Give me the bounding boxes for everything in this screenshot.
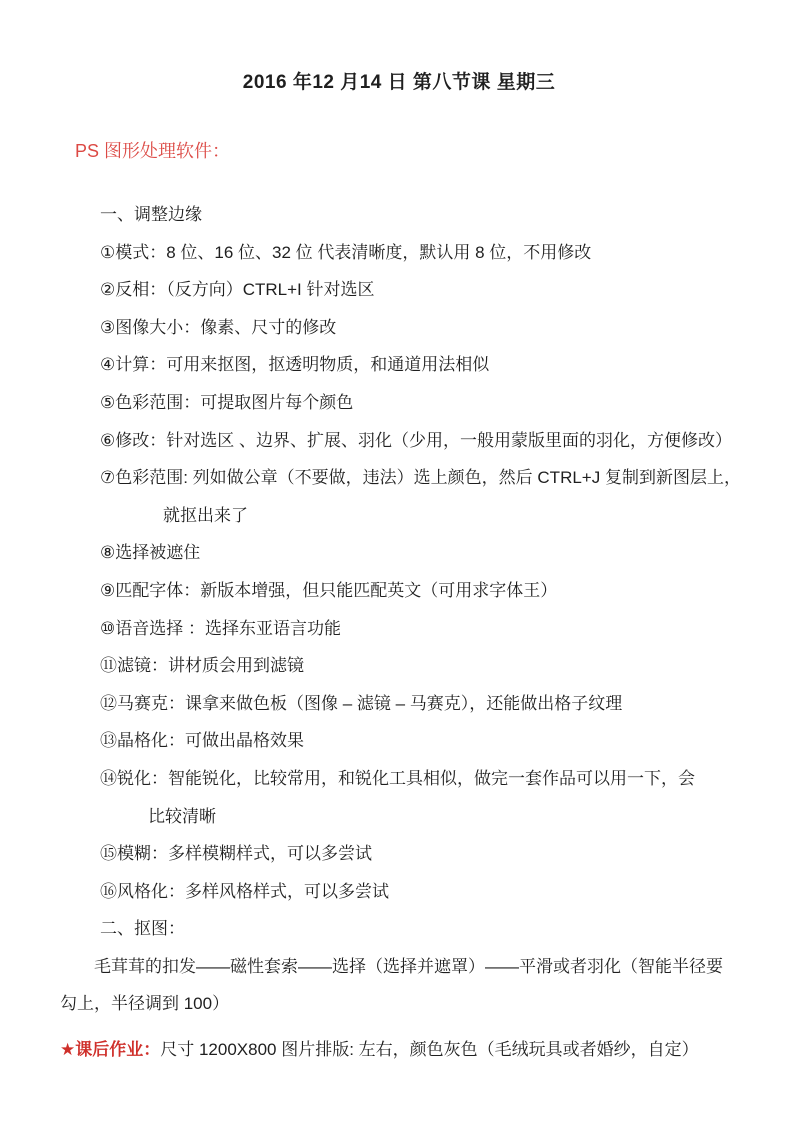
note-line: ⑯风格化：多样风格样式，可以多尝试 <box>100 873 738 911</box>
note-line: ⑪滤镜：讲材质会用到滤镜 <box>100 647 738 685</box>
note-line: ⑨匹配字体：新版本增强，但只能匹配英文（可用求字体王） <box>100 572 738 610</box>
note-line: ⑬晶格化：可做出晶格效果 <box>100 722 738 760</box>
homework-label: ★课后作业： <box>60 1040 160 1059</box>
note-line: ⑤色彩范围：可提取图片每个颜色 <box>100 384 738 422</box>
note-line-continuation: 比较清晰 <box>100 798 738 836</box>
note-line: 二、抠图： <box>100 910 738 948</box>
notes-list: 一、调整边缘 ①模式：8 位、16 位、32 位 代表清晰度，默认用 8 位，不… <box>60 196 738 948</box>
note-line: ①模式：8 位、16 位、32 位 代表清晰度，默认用 8 位，不用修改 <box>100 234 738 272</box>
section-heading: PS 图形处理软件： <box>60 138 738 164</box>
note-line: ⑧选择被遮住 <box>100 534 738 572</box>
cutout-paragraph: 毛茸茸的扣发——磁性套索——选择（选择并遮罩）——平滑或者羽化（智能半径要勾上，… <box>60 948 738 1023</box>
note-line: 一、调整边缘 <box>100 196 738 234</box>
note-line: ⑦色彩范围: 列如做公章（不要做，违法）选上颜色，然后 CTRL+J 复制到新图… <box>100 459 738 497</box>
note-line: ⑩语音选择 ：选择东亚语言功能 <box>100 610 738 648</box>
note-line: ③图像大小：像素、尺寸的修改 <box>100 309 738 347</box>
note-line: ⑫马赛克：课拿来做色板（图像 – 滤镜 – 马赛克），还能做出格子纹理 <box>100 685 738 723</box>
note-line: ④计算：可用来抠图，抠透明物质，和通道用法相似 <box>100 346 738 384</box>
note-line: ⑮模糊：多样模糊样式，可以多尝试 <box>100 835 738 873</box>
note-line: ⑭锐化：智能锐化，比较常用，和锐化工具相似，做完一套作品可以用一下，会 <box>100 760 738 798</box>
homework-line: ★课后作业：尺寸 1200X800 图片排版: 左右，颜色灰色（毛绒玩具或者婚纱… <box>60 1031 738 1069</box>
homework-text: 尺寸 1200X800 图片排版: 左右，颜色灰色（毛绒玩具或者婚纱，自定） <box>160 1040 698 1059</box>
document-page: 2016 年12 月14 日 第八节课 星期三 PS 图形处理软件： 一、调整边… <box>0 0 794 1123</box>
page-title: 2016 年12 月14 日 第八节课 星期三 <box>60 68 738 98</box>
note-line: ②反相：（反方向）CTRL+I 针对选区 <box>100 271 738 309</box>
note-line: ⑥修改：针对选区 、边界、扩展、羽化（少用，一般用蒙版里面的羽化，方便修改） <box>100 422 738 460</box>
note-line-continuation: 就抠出来了 <box>100 497 738 535</box>
